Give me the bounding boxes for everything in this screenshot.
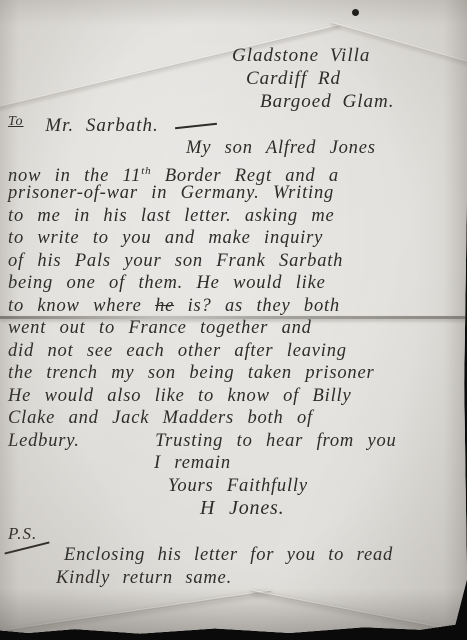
letter-scan: Gladstone Villa Cardiff Rd Bargoed Glam.…: [0, 0, 467, 640]
address-line-1: Gladstone Villa: [232, 44, 394, 67]
salutation: To Mr. Sarbath.: [8, 114, 217, 137]
body-line-1: My son Alfred Jones: [8, 137, 463, 160]
salutation-to: To: [8, 114, 24, 129]
body-line-5: to write to you and make inquiry: [8, 227, 463, 250]
closing-faithfully: Yours Faithfully: [8, 475, 463, 498]
salutation-name: Mr. Sarbath.: [45, 115, 159, 136]
body-line-14: Ledbury. Trusting to hear from you: [8, 430, 463, 453]
letter-body: My son Alfred Jones now in the 11th Bord…: [8, 137, 463, 520]
fold-crease-bottom-right: [252, 590, 467, 636]
salutation-dash: [175, 123, 217, 129]
postscript-line-1: Enclosing his letter for you to read: [64, 545, 393, 566]
sender-address: Gladstone Villa Cardiff Rd Bargoed Glam.: [232, 44, 394, 113]
body-line-3: prisoner-of-war in Germany. Writing: [8, 182, 463, 205]
body-line-2: now in the 11th Border Regt and a: [8, 160, 463, 183]
body-line-14-left: Ledbury.: [8, 431, 80, 451]
body-line-10: did not see each other after leaving: [8, 340, 463, 363]
letter-paper: Gladstone Villa Cardiff Rd Bargoed Glam.…: [0, 0, 467, 640]
body-line-8-post: is? as they both: [188, 296, 340, 316]
body-line-12: He would also like to know of Billy: [8, 385, 463, 408]
body-line-8-pre: to know where: [8, 296, 142, 316]
body-line-6: of his Pals your son Frank Sarbath: [8, 250, 463, 273]
body-line-4: to me in his last letter. asking me: [8, 205, 463, 228]
postscript-line-2: Kindly return same.: [56, 568, 232, 589]
body-line-14-right: Trusting to hear from you: [155, 431, 396, 451]
address-line-2: Cardiff Rd: [246, 67, 394, 90]
struck-word: he: [155, 296, 174, 316]
body-line-11: the trench my son being taken prisoner: [8, 362, 463, 385]
address-line-3: Bargoed Glam.: [260, 90, 394, 113]
body-line-7: being one of them. He would like: [8, 272, 463, 295]
ink-spot: [352, 9, 359, 16]
body-line-13: Clake and Jack Madders both of: [8, 407, 463, 430]
fold-crease-bottom-left: [0, 590, 271, 633]
postscript-label: P.S.: [8, 524, 37, 544]
body-line-9: went out to France together and: [8, 317, 463, 340]
signature: H Jones.: [8, 497, 463, 520]
closing-remain: I remain: [8, 452, 463, 475]
body-line-8: to know where he is? as they both: [8, 295, 463, 318]
ordinal-superscript: th: [141, 165, 151, 177]
